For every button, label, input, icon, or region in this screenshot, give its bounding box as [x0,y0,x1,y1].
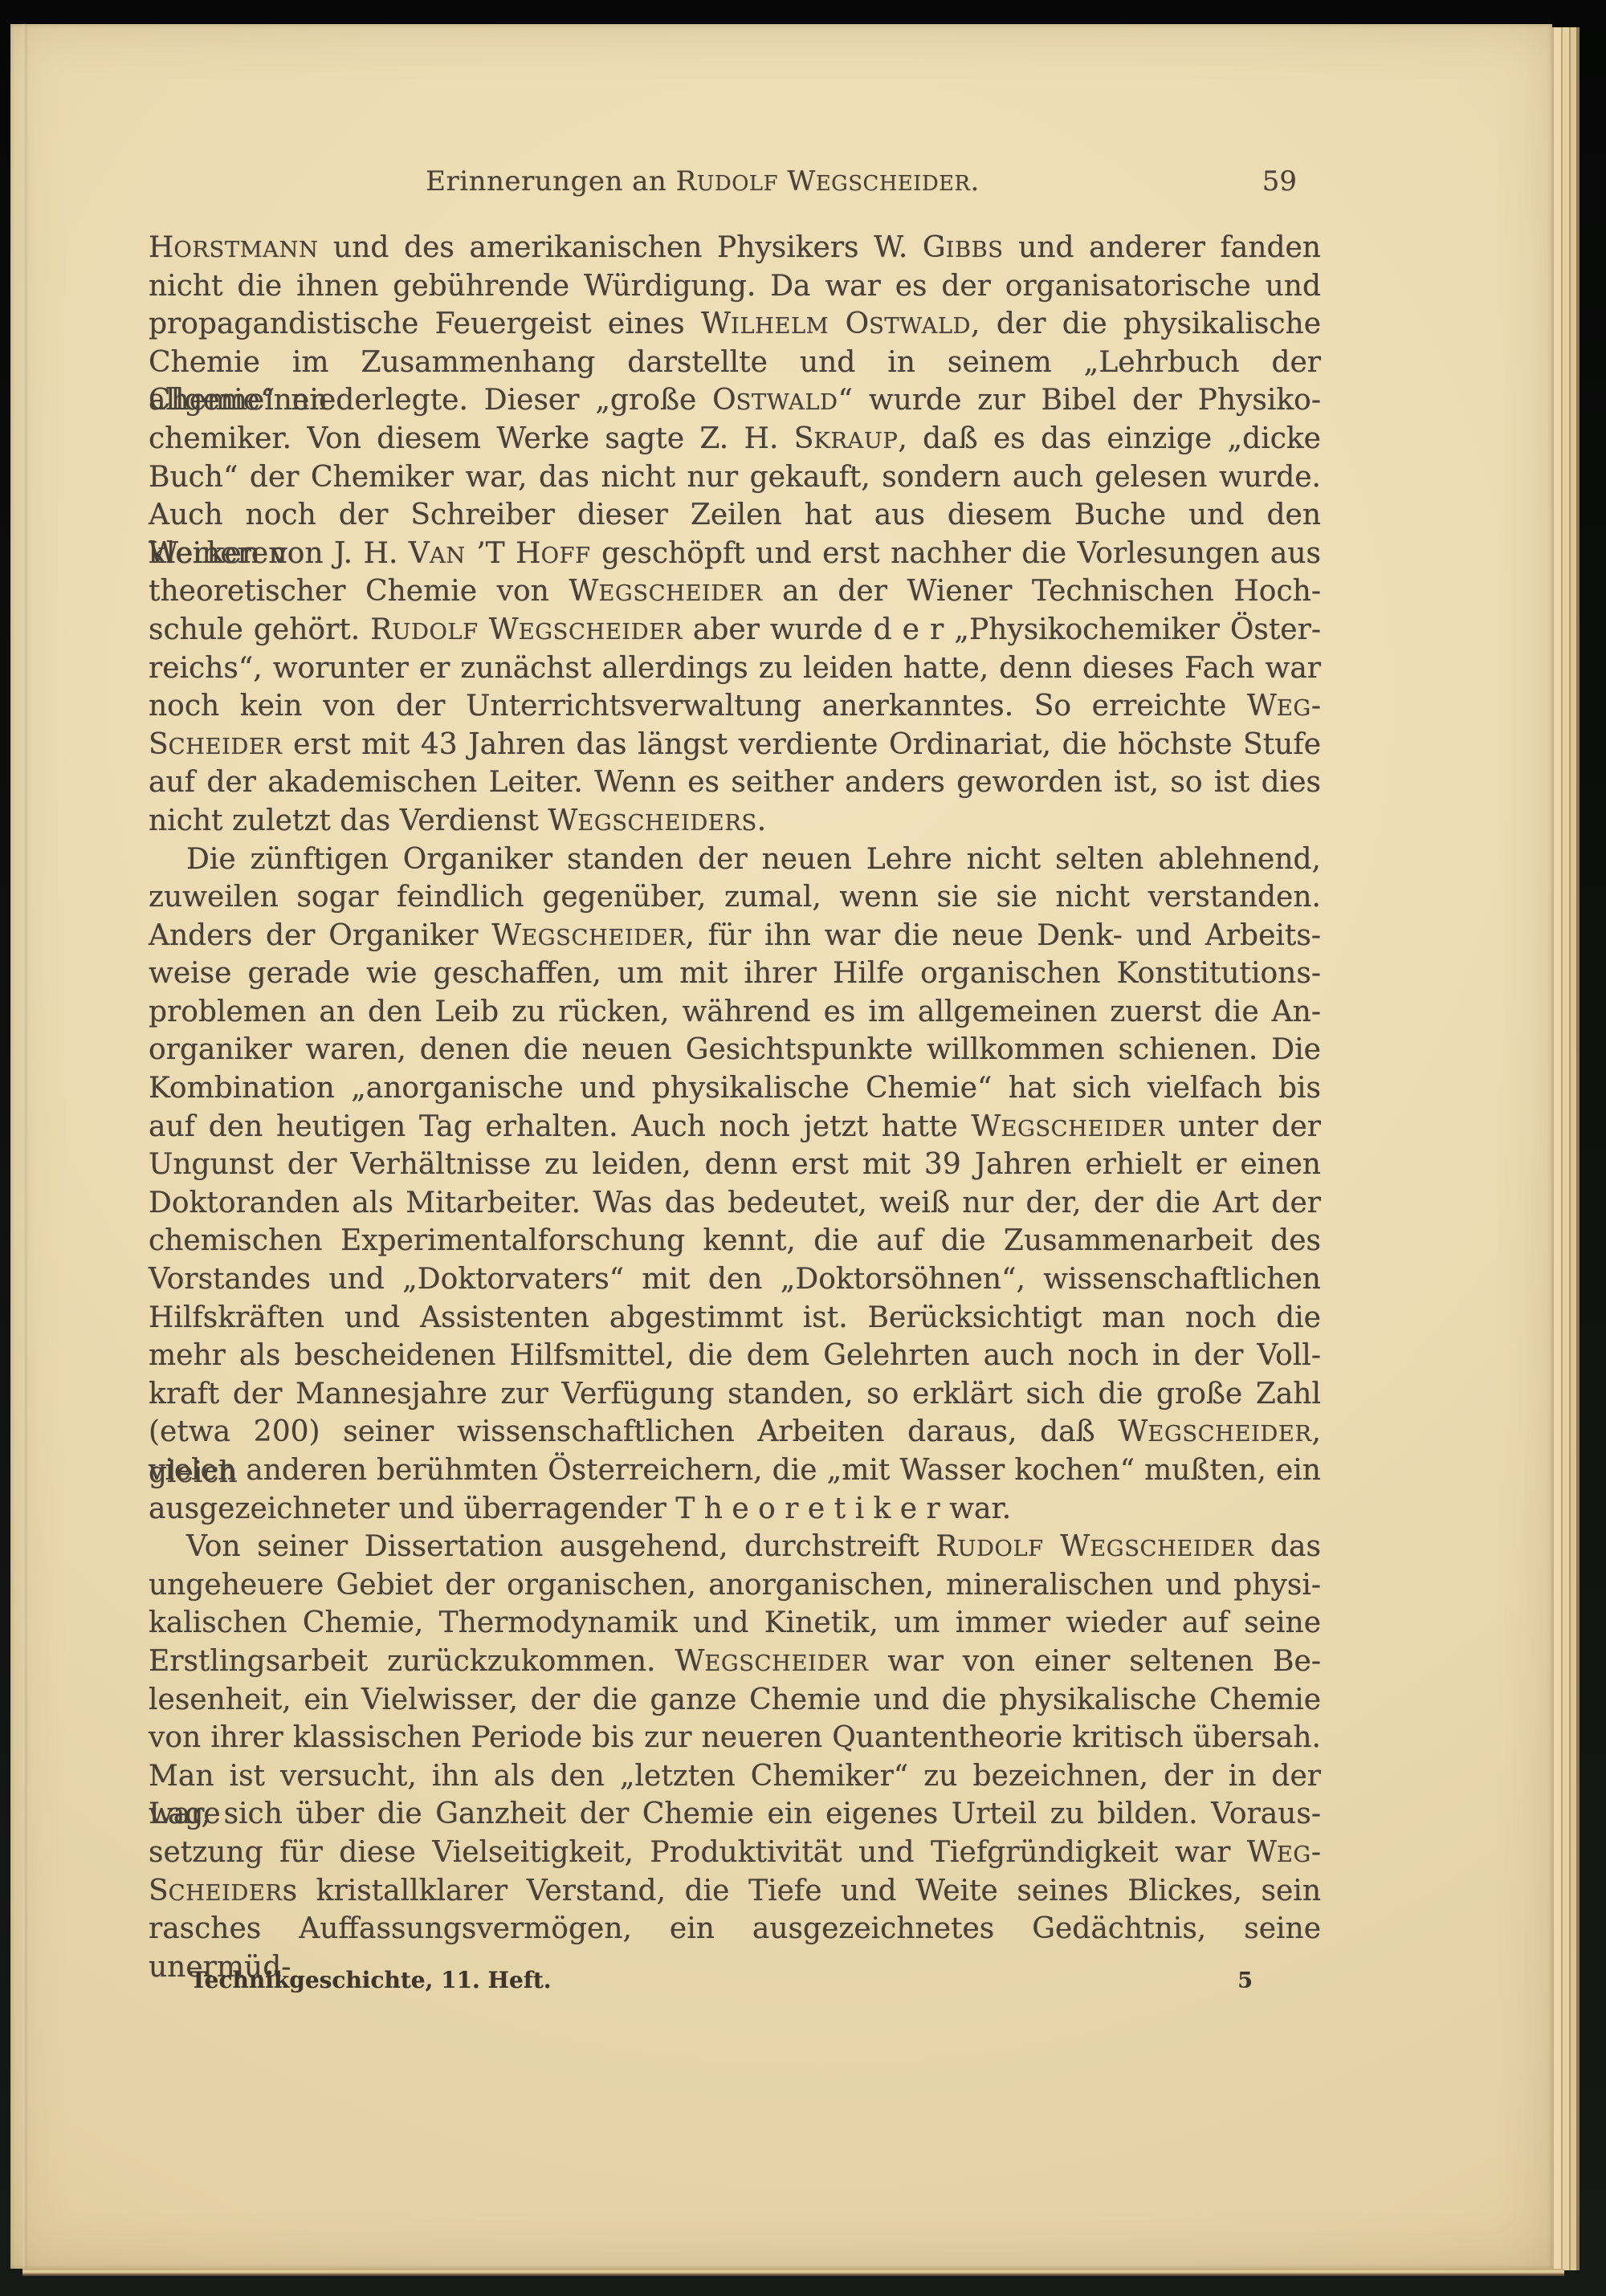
text-line: Ungunst der Verhältnisse zu leiden, denn… [149,1146,1321,1184]
text-line: reichs“, worunter er zunächst allerdings… [149,649,1321,688]
text-line: problemen an den Leib zu rücken, während… [149,993,1321,1032]
text-line: ausgezeichneter und überragender T h e o… [149,1490,1321,1529]
text-line: setzung für diese Vielseitigkeit, Produk… [149,1834,1321,1872]
text-line: war, sich über die Ganzheit der Chemie e… [149,1795,1321,1834]
text-line: organiker waren, denen die neuen Gesicht… [149,1031,1321,1069]
text-line: chemiker. Von diesem Werke sagte Z. H. S… [149,420,1321,458]
text-line: kraft der Mannesjahre zur Verfügung stan… [149,1375,1321,1414]
paragraph: Von seiner Dissertation ausgehend, durch… [149,1528,1321,1948]
text-line: Auch noch der Schreiber dieser Zeilen ha… [149,496,1321,535]
text-line: vielen anderen berühmten Österreichern, … [149,1451,1321,1490]
text-line: Buch“ der Chemiker war, das nicht nur ge… [149,458,1321,497]
text-line: HORSTMANN und des amerikanischen Physike… [149,229,1321,267]
page-number: 59 [1262,165,1297,197]
text-line: Chemie im Zusammenhang darstellte und in… [149,344,1321,382]
text-line: (etwa 200) seiner wissenschaftlichen Arb… [149,1413,1321,1451]
body-text: HORSTMANN und des amerikanischen Physike… [149,229,1321,1948]
text-line: lesenheit, ein Vielwisser, der die ganze… [149,1681,1321,1720]
sheet-number: 5 [1237,1968,1253,1993]
text-line: Man ist versucht, ihn als den „letzten C… [149,1757,1321,1796]
text-line: SCHEIDERs kristallklarer Verstand, die T… [149,1872,1321,1911]
book-page-edges-bottom [22,2269,1564,2276]
book-scan: Erinnerungen an RUDOLF WEGSCHEIDER. 59 H… [0,0,1606,2296]
text-line: Hilfskräften und Assistenten abgestimmt … [149,1299,1321,1337]
text-line: Chemie“ niederlegte. Dieser „große OSTWA… [149,381,1321,420]
text-line: Werken von J. H. VAN ’T HOFF geschöpft u… [149,535,1321,573]
text-line: ungeheuere Gebiet der organischen, anorg… [149,1566,1321,1605]
text-line: auf der akademischen Leiter. Wenn es sei… [149,763,1321,802]
text-line: Anders der Organiker WEGSCHEIDER, für ih… [149,917,1321,955]
paragraph: Die zünftigen Organiker standen der neue… [149,841,1321,1529]
text-line: kalischen Chemie, Thermodynamik und Kine… [149,1604,1321,1643]
running-title: Erinnerungen an RUDOLF WEGSCHEIDER. [149,165,1321,197]
journal-signature: Technikgeschichte, 11. Heft. [190,1967,552,1993]
text-line: chemischen Experimentalforschung kennt, … [149,1222,1321,1260]
text-line: propagandistische Feuergeist eines WILHE… [149,305,1321,344]
text-line: noch kein von der Unterrichtsverwaltung … [149,687,1321,726]
text-line: rasches Auffassungsvermögen, ein ausgeze… [149,1910,1321,1948]
text-line: theoretischer Chemie von WEGSCHEIDER an … [149,572,1321,611]
text-line: Doktoranden als Mitarbeiter. Was das bed… [149,1184,1321,1223]
paragraph: HORSTMANN und des amerikanischen Physike… [149,229,1321,841]
text-line: Von seiner Dissertation ausgehend, durch… [149,1528,1321,1566]
text-line: nicht die ihnen gebührende Würdigung. Da… [149,267,1321,306]
text-line: Kombination „anorganische und physikalis… [149,1069,1321,1108]
text-line: von ihrer klassischen Periode bis zur ne… [149,1719,1321,1757]
book-page-edges-right [1552,27,1580,2270]
text-line: weise gerade wie geschaffen, um mit ihre… [149,955,1321,993]
text-line: Die zünftigen Organiker standen der neue… [149,841,1321,879]
page-header: Erinnerungen an RUDOLF WEGSCHEIDER. 59 [149,165,1321,202]
text-line: zuweilen sogar feindlich gegenüber, zuma… [149,878,1321,917]
text-line: Vorstandes und „Doktorvaters“ mit den „D… [149,1260,1321,1299]
text-line: schule gehört. RUDOLF WEGSCHEIDER aber w… [149,611,1321,649]
page-left-crease [23,24,26,2269]
text-line: auf den heutigen Tag erhalten. Auch noch… [149,1108,1321,1146]
page-footer: Technikgeschichte, 11. Heft. 5 [149,1967,1321,1999]
text-line: Erstlingsarbeit zurückzukommen. WEGSCHEI… [149,1643,1321,1681]
text-line: SCHEIDER erst mit 43 Jahren das längst v… [149,726,1321,764]
page: Erinnerungen an RUDOLF WEGSCHEIDER. 59 H… [10,24,1552,2269]
text-line: mehr als bescheidenen Hilfsmittel, die d… [149,1337,1321,1375]
text-line: nicht zuletzt das Verdienst WEGSCHEIDERS… [149,802,1321,841]
